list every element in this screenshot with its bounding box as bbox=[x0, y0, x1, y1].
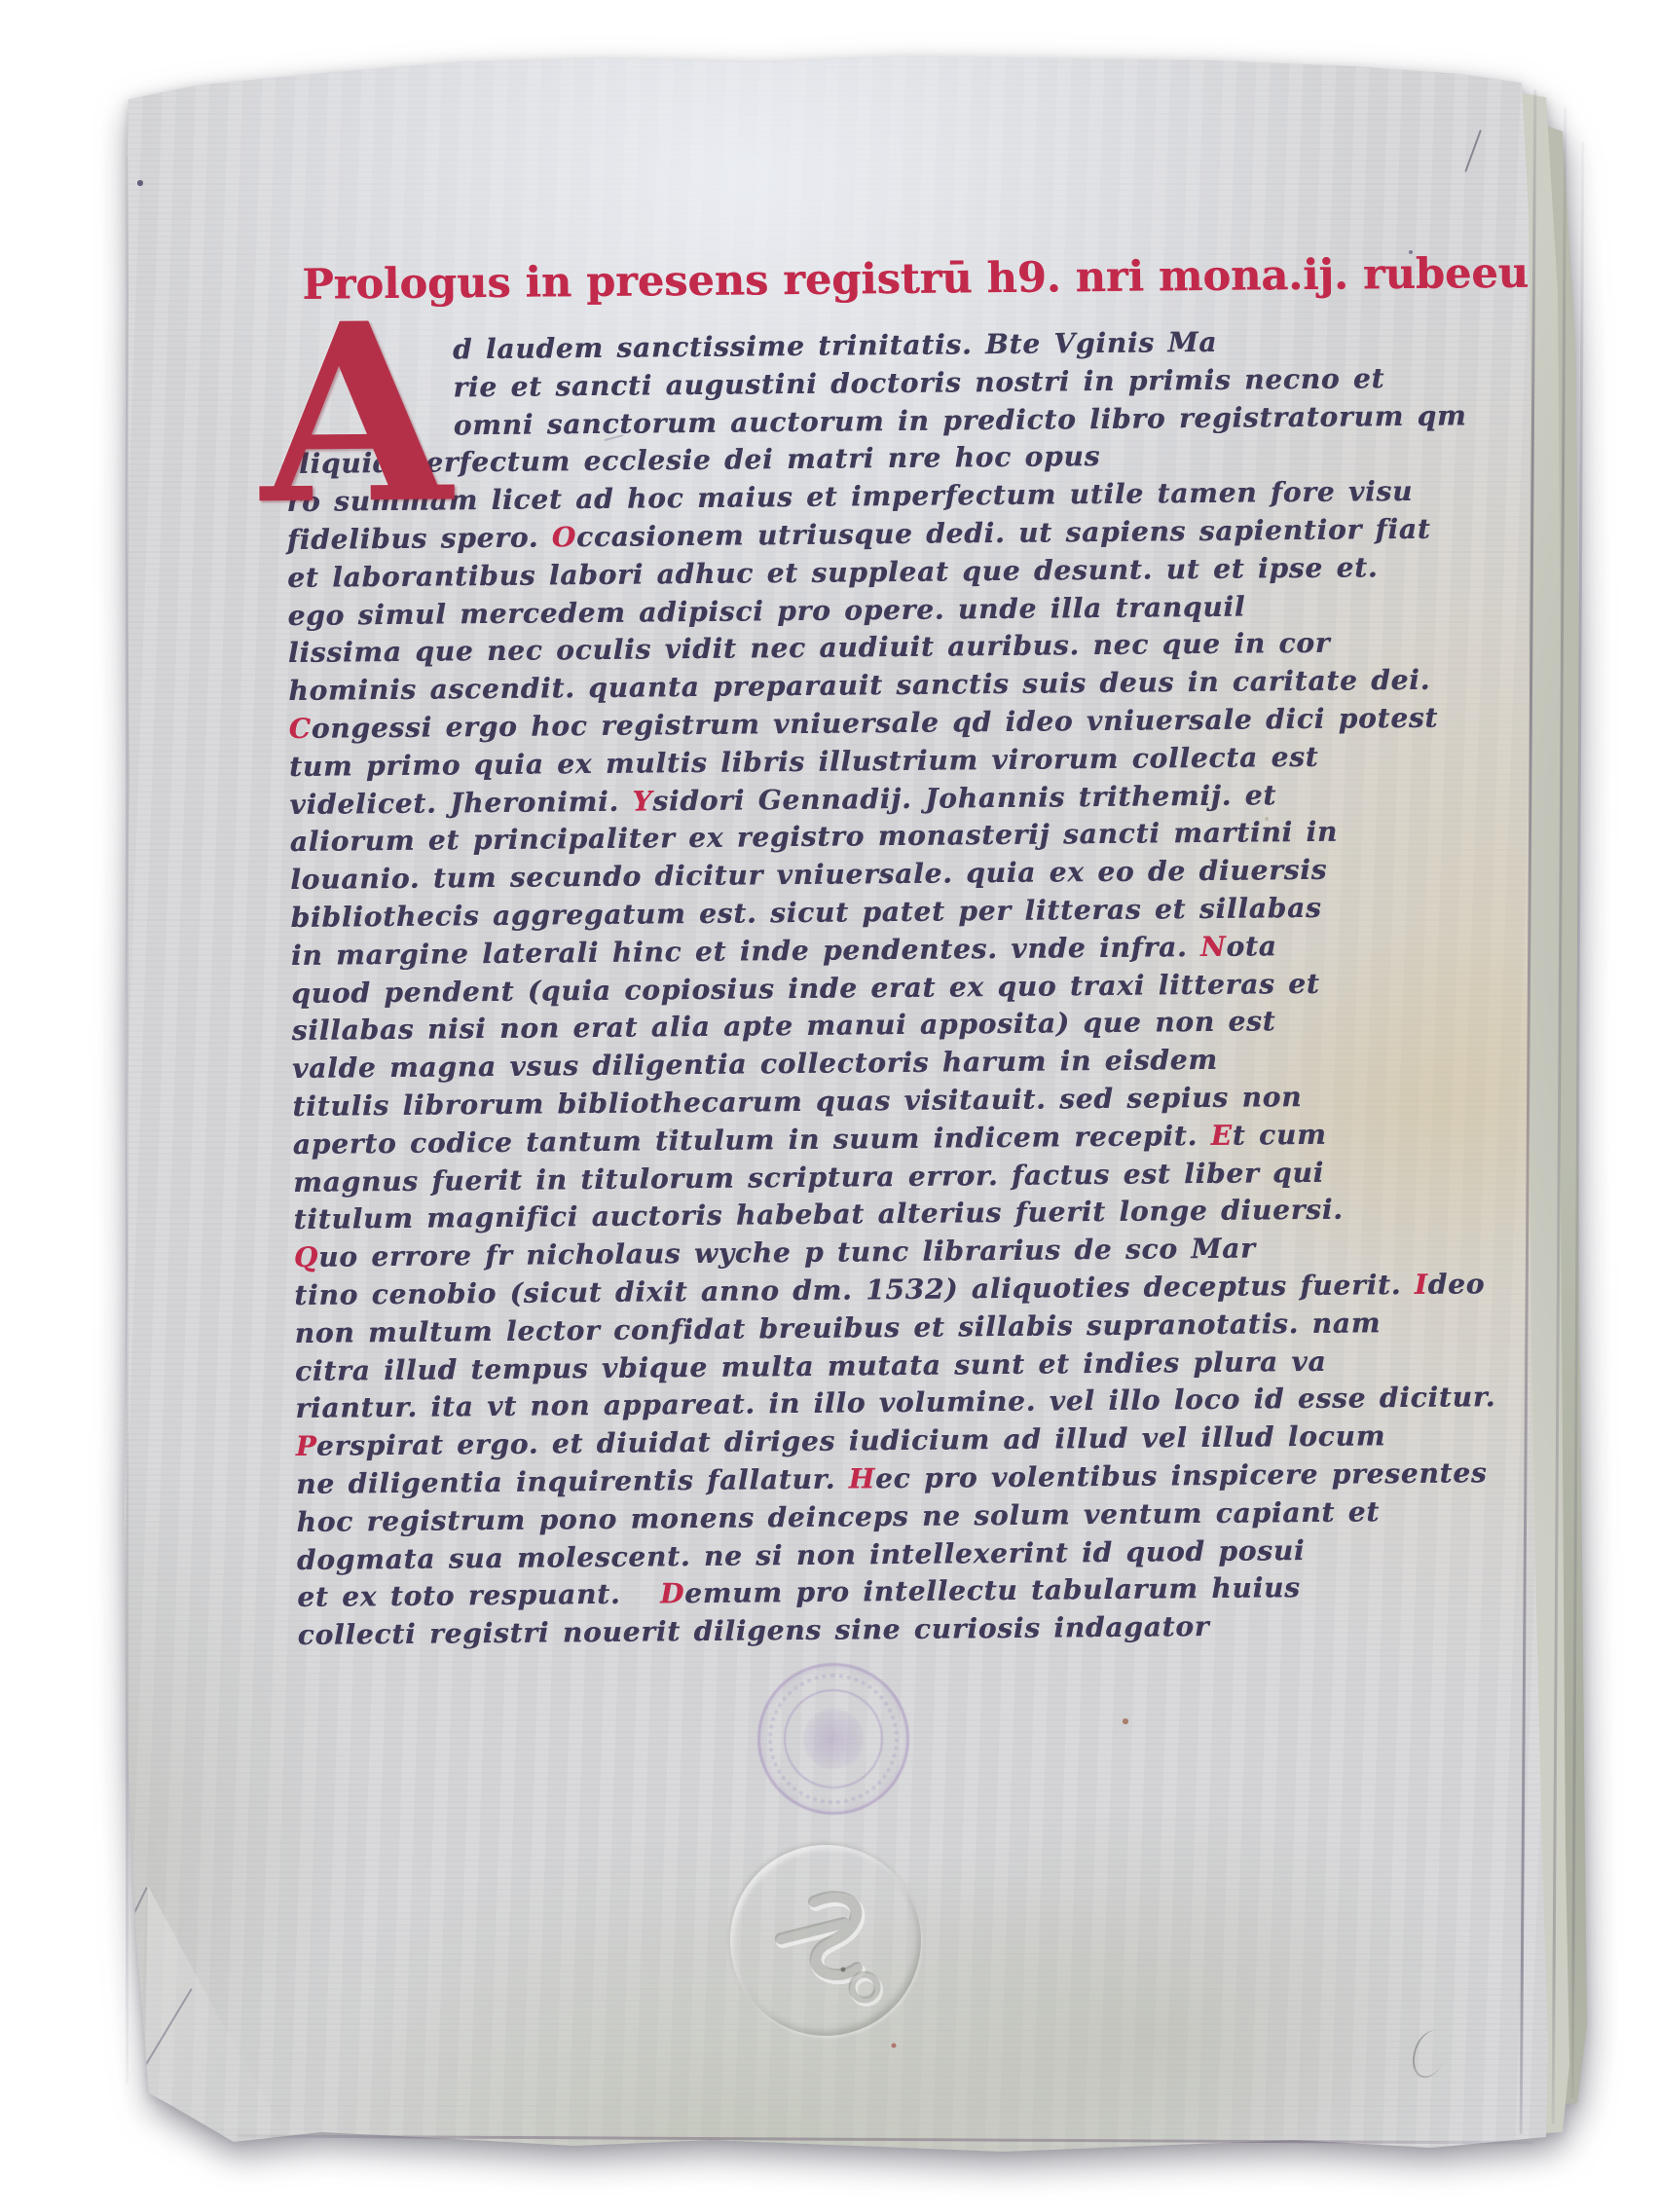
pen-mark bbox=[1407, 2026, 1452, 2082]
manuscript-photo: Prologus in presens registrū h9. nri mon… bbox=[0, 0, 1659, 2212]
manuscript-leaf: Prologus in presens registrū h9. nri mon… bbox=[0, 0, 1659, 2212]
library-ink-stamp bbox=[757, 1663, 909, 1815]
rubric-heading: Prologus in presens registrū h9. nri mon… bbox=[302, 240, 1364, 318]
fold-crease-1 bbox=[96, 1887, 148, 1989]
hair-fiber-1 bbox=[1464, 129, 1482, 172]
stamp-center bbox=[803, 1709, 864, 1769]
blind-stamp-monogram bbox=[730, 1845, 921, 2036]
text-block: Prologus in presens registrū h9. nri mon… bbox=[284, 240, 1377, 1654]
illuminated-initial: A bbox=[260, 315, 452, 512]
embossed-blind-stamp bbox=[730, 1845, 921, 2036]
leaf-stack: Prologus in presens registrū h9. nri mon… bbox=[0, 0, 1659, 2212]
manuscript-lines: A d laudem sanctissime trinitatis. Bte V… bbox=[285, 322, 1377, 1654]
corner-fold bbox=[136, 1874, 302, 2137]
paper-specks bbox=[0, 0, 2, 2]
